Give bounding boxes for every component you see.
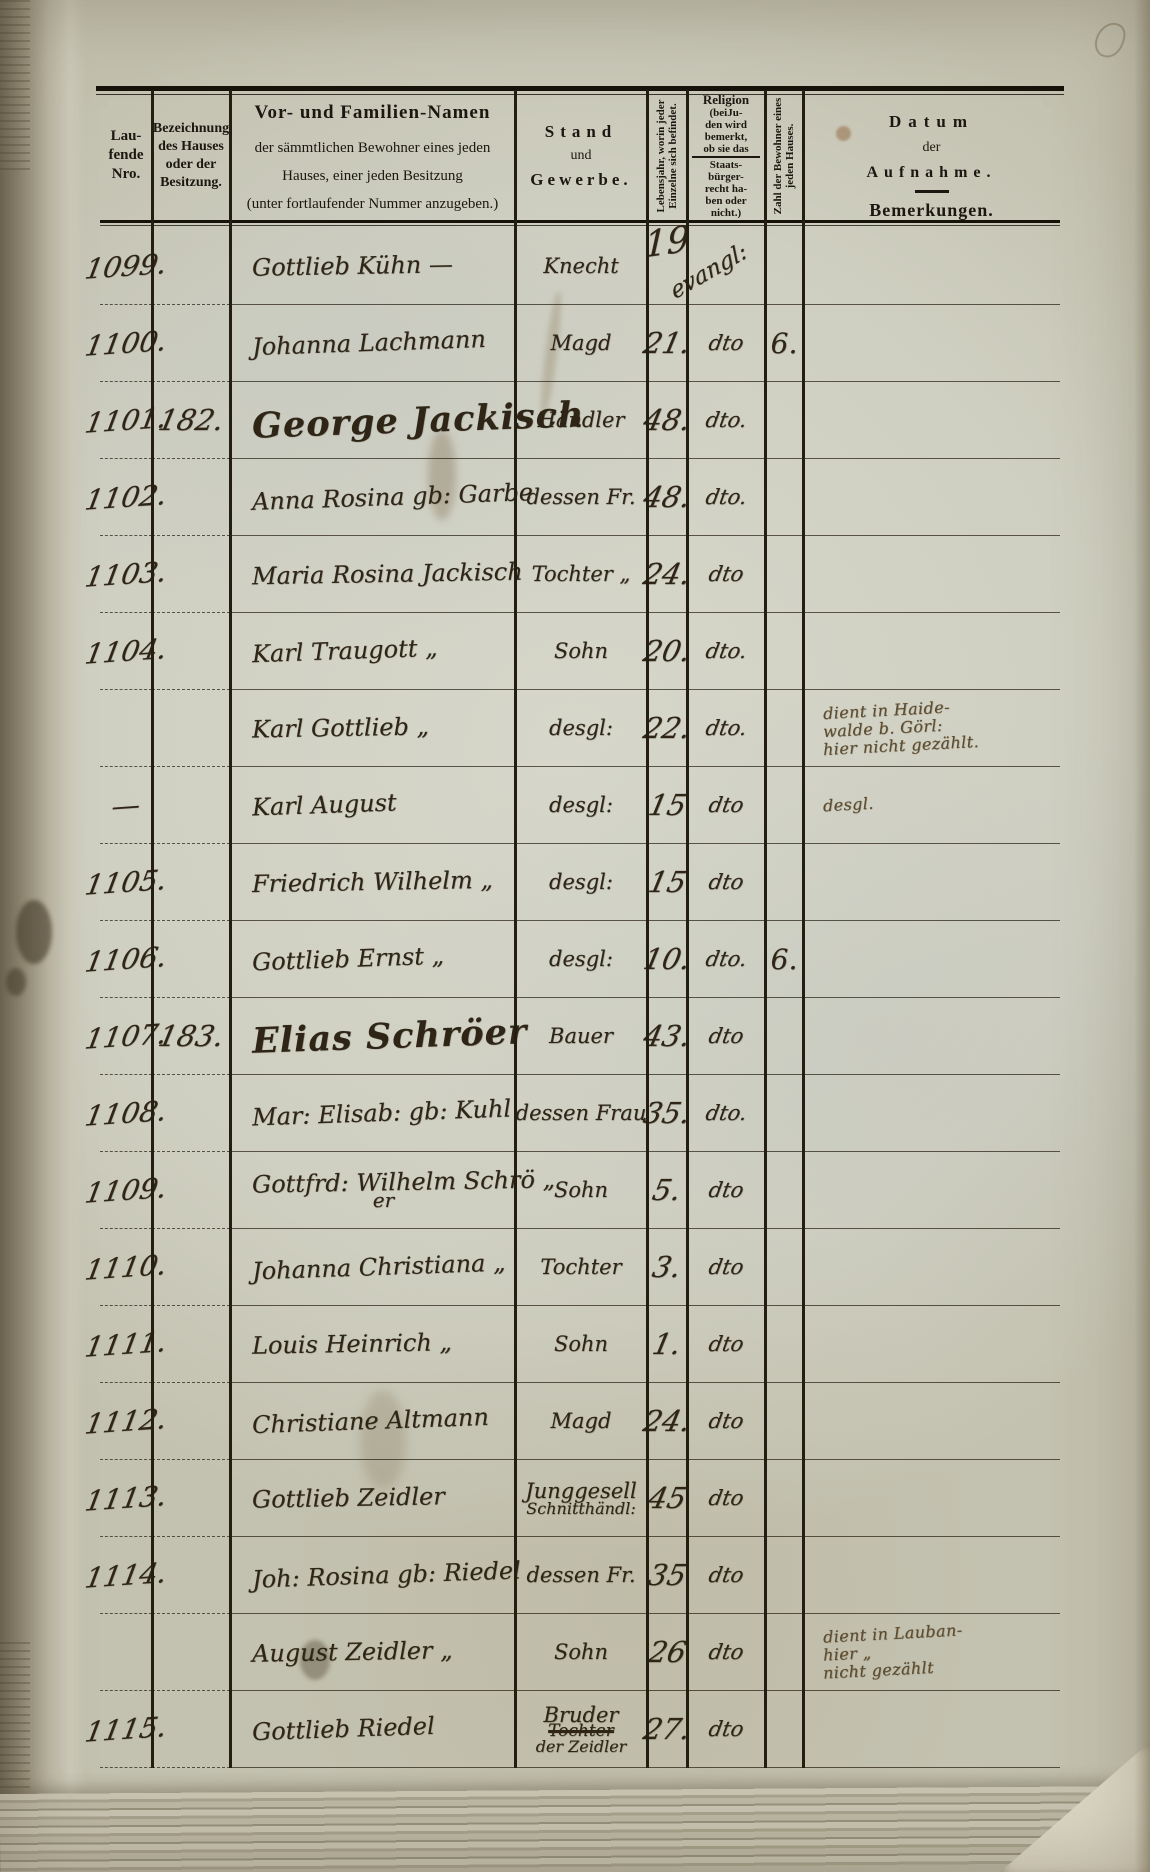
header-line: Religion xyxy=(703,93,749,107)
cell-laufende-nro: 1113. xyxy=(100,1460,152,1537)
age-value: 21. xyxy=(640,326,693,360)
cell-laufende-nro: 1101. xyxy=(100,382,152,459)
cell-bemerkungen xyxy=(803,613,1060,690)
age-value: 35 xyxy=(645,1558,689,1592)
age-value: 10. xyxy=(640,942,693,976)
header-line: ben oder xyxy=(705,195,746,207)
cell-religion: dto xyxy=(687,844,765,921)
register-row: 1105. Friedrich Wilhelm „ desgl: 15 dto xyxy=(100,844,1060,921)
register-row: — Karl August desgl: 15 dto desgl. xyxy=(100,767,1060,844)
cell-haus-nr xyxy=(152,536,230,613)
name-value: Karl Gottlieb „ xyxy=(252,712,429,743)
cell-laufende-nro xyxy=(100,690,152,767)
cell-zahl-bewohner: 6. xyxy=(765,305,803,382)
stand-value: Sohn xyxy=(554,1332,608,1356)
cell-haus-nr xyxy=(152,1691,230,1768)
name-value: August Zeidler „ xyxy=(252,1636,453,1667)
age-value: 1. xyxy=(650,1327,685,1361)
cell-laufende-nro: 1099. xyxy=(100,228,152,305)
name-value: Joh: Rosina gb: Riedel xyxy=(252,1556,522,1593)
cell-laufende-nro: — xyxy=(100,767,152,844)
stand-value: Magd xyxy=(551,1409,612,1433)
cell-bemerkungen xyxy=(803,228,1060,305)
cell-name: Joh: Rosina gb: Riedel xyxy=(230,1537,515,1614)
cell-haus-nr xyxy=(152,1152,230,1229)
cell-lebensjahr: 24. xyxy=(647,1383,687,1460)
religion-value: dto xyxy=(707,1332,746,1356)
cell-zahl-bewohner xyxy=(765,690,803,767)
cell-religion: dto xyxy=(687,536,765,613)
cell-name: Karl August xyxy=(230,767,515,844)
cell-name: Maria Rosina Jackisch xyxy=(230,536,515,613)
cell-religion: dto xyxy=(687,998,765,1075)
cell-bemerkungen xyxy=(803,998,1060,1075)
cell-haus-nr xyxy=(152,844,230,921)
header-line: und xyxy=(571,148,592,164)
cell-laufende-nro: 1107. xyxy=(100,998,152,1075)
register-row: 1107. 183. Elias Schröer Bauer 43. dto xyxy=(100,998,1060,1075)
stand-value: Knecht xyxy=(543,254,618,278)
cell-zahl-bewohner xyxy=(765,998,803,1075)
cell-bemerkungen xyxy=(803,1383,1060,1460)
cell-bemerkungen xyxy=(803,1537,1060,1614)
cell-name: Gottlieb Zeidler xyxy=(230,1460,515,1537)
cell-name: Gottlieb Kühn — xyxy=(230,228,515,305)
cell-religion: dto xyxy=(687,305,765,382)
cell-stand-gewerbe: Knecht xyxy=(515,228,647,305)
name-value: Johanna Lachmann xyxy=(252,325,487,361)
cell-name: Elias Schröer xyxy=(230,998,515,1075)
datum-divider-rule xyxy=(915,190,949,193)
cell-lebensjahr: 24. xyxy=(647,536,687,613)
cell-stand-gewerbe: Sohn xyxy=(515,1306,647,1383)
cell-laufende-nro: 1112. xyxy=(100,1383,152,1460)
stand-value: desgl: xyxy=(549,870,613,894)
cell-bemerkungen xyxy=(803,1152,1060,1229)
cell-stand-gewerbe: Sohn xyxy=(515,613,647,690)
cell-lebensjahr: 35. xyxy=(647,1075,687,1152)
cell-name: Karl Gottlieb „ xyxy=(230,690,515,767)
stand-value: Bauer xyxy=(549,1024,613,1048)
cell-religion: dto. xyxy=(687,921,765,998)
header-line: Aufnahme. xyxy=(866,164,996,182)
religion-value: dto. xyxy=(703,408,748,432)
stand-value: Sohn xyxy=(554,639,608,663)
cell-zahl-bewohner xyxy=(765,1460,803,1537)
header-line: nicht.) xyxy=(711,207,741,219)
cell-zahl-bewohner xyxy=(765,1383,803,1460)
register-row: 1106. Gottlieb Ernst „ desgl: 10. dto. 6… xyxy=(100,921,1060,998)
page-edge-streaks-bottom xyxy=(0,1642,30,1812)
cell-lebensjahr: 35 xyxy=(647,1537,687,1614)
header-line: (beiJu- xyxy=(710,107,743,119)
cell-name: Friedrich Wilhelm „ xyxy=(230,844,515,921)
header-line: ob sie das xyxy=(703,143,748,155)
cell-religion: dto xyxy=(687,1306,765,1383)
cell-lebensjahr: 10. xyxy=(647,921,687,998)
cell-laufende-nro: 1110. xyxy=(100,1229,152,1306)
zahl-value: 6. xyxy=(771,327,798,360)
age-value: 48. xyxy=(640,403,693,437)
table-body: 1099. Gottlieb Kühn — Knecht 19 evangl: … xyxy=(100,228,1060,1768)
scanned-register-page: { "table": { "header": { "nro": ["Lau-",… xyxy=(0,0,1150,1872)
cell-zahl-bewohner xyxy=(765,382,803,459)
cell-name: Gottlieb Ernst „ xyxy=(230,921,515,998)
register-row: 1100. Johanna Lachmann Magd 21. dto 6. xyxy=(100,305,1060,382)
cell-stand-gewerbe: dessen Frau xyxy=(515,1075,647,1152)
name-value: Anna Rosina gb: Garbe xyxy=(252,478,534,516)
name-value: Gottlieb Zeidler xyxy=(252,1482,445,1513)
cell-zahl-bewohner xyxy=(765,1152,803,1229)
register-row: 1104. Karl Traugott „ Sohn 20. dto. xyxy=(100,613,1060,690)
header-line: bürger- xyxy=(708,171,744,183)
cell-bemerkungen xyxy=(803,1460,1060,1537)
cell-stand-gewerbe: Junggesell Schnitthändl: xyxy=(515,1460,647,1537)
cell-religion: dto xyxy=(687,1460,765,1537)
cell-laufende-nro: 1102. xyxy=(100,459,152,536)
register-row: 1110. Johanna Christiana „ Tochter 3. dt… xyxy=(100,1229,1060,1306)
cell-haus-nr xyxy=(152,1306,230,1383)
cell-stand-gewerbe: Händler xyxy=(515,382,647,459)
header-line: Besitzung. xyxy=(160,174,222,192)
age-value: 26 xyxy=(645,1635,689,1669)
stand-value: Tochter „ xyxy=(532,562,631,586)
religion-value: dto xyxy=(707,1255,746,1279)
cell-stand-gewerbe: dessen Fr. xyxy=(515,459,647,536)
header-datum-bemerkungen: Datum der Aufnahme. Bemerkungen. xyxy=(803,90,1060,221)
header-title: Vor- und Familien-Namen xyxy=(255,102,491,124)
age-value: 15 xyxy=(645,788,689,822)
name-value: Gottfrd: Wilhelm Schrö „ xyxy=(252,1165,555,1198)
cell-haus-nr: 182. xyxy=(152,382,230,459)
header-line: fende xyxy=(109,146,144,165)
cell-laufende-nro: 1109. xyxy=(100,1152,152,1229)
cell-lebensjahr: 27. xyxy=(647,1691,687,1768)
cell-lebensjahr: 15 xyxy=(647,844,687,921)
header-line: Nro. xyxy=(112,165,140,184)
religion-divider-rule xyxy=(692,156,759,158)
cell-lebensjahr: 48. xyxy=(647,382,687,459)
page-right-edge xyxy=(1134,0,1150,1872)
cell-stand-gewerbe: Sohn xyxy=(515,1152,647,1229)
stand-value: dessen Frau xyxy=(516,1101,647,1125)
cell-name: Christiane Altmann xyxy=(230,1383,515,1460)
header-lebensjahr: Lebensjahr, worin jeder Einzelne sich be… xyxy=(647,90,687,221)
cell-lebensjahr: 22. xyxy=(647,690,687,767)
cell-bemerkungen xyxy=(803,459,1060,536)
header-line: Hauses, einer jeden Besitzung xyxy=(282,162,463,190)
name-value: Johanna Christiana „ xyxy=(252,1249,506,1286)
register-row: 1103. Maria Rosina Jackisch Tochter „ 24… xyxy=(100,536,1060,613)
cell-lebensjahr: 1. xyxy=(647,1306,687,1383)
header-stand-gewerbe: Stand und Gewerbe. xyxy=(515,90,647,221)
cell-stand-gewerbe: desgl: xyxy=(515,690,647,767)
cell-religion: dto xyxy=(687,1614,765,1691)
cell-laufende-nro: 1115. xyxy=(100,1691,152,1768)
cell-religion: dto. xyxy=(687,690,765,767)
cell-lebensjahr: 5. xyxy=(647,1152,687,1229)
cell-religion: dto. xyxy=(687,613,765,690)
cell-religion: dto. xyxy=(687,1075,765,1152)
register-row: August Zeidler „ Sohn 26 dto dient in La… xyxy=(100,1614,1060,1691)
cell-stand-gewerbe: dessen Fr. xyxy=(515,1537,647,1614)
cell-haus-nr xyxy=(152,305,230,382)
cell-lebensjahr: 3. xyxy=(647,1229,687,1306)
stand-value: dessen Fr. xyxy=(526,485,635,509)
cell-religion: dto. xyxy=(687,382,765,459)
cell-haus-nr xyxy=(152,459,230,536)
age-value: 15 xyxy=(645,865,689,899)
cell-haus-nr xyxy=(152,228,230,305)
cell-zahl-bewohner xyxy=(765,1229,803,1306)
register-row: 1113. Gottlieb Zeidler Junggesell Schnit… xyxy=(100,1460,1060,1537)
cell-stand-gewerbe: desgl: xyxy=(515,767,647,844)
register-row: Karl Gottlieb „ desgl: 22. dto. dient in… xyxy=(100,690,1060,767)
cell-zahl-bewohner xyxy=(765,1691,803,1768)
cell-laufende-nro: 1106. xyxy=(100,921,152,998)
stand-value: Magd xyxy=(551,331,612,355)
header-title: Bemerkungen. xyxy=(869,200,994,221)
remark-line: desgl. xyxy=(823,795,875,816)
stand-second-line: der Zeidler xyxy=(536,1737,627,1756)
register-row: 1111. Louis Heinrich „ Sohn 1. dto xyxy=(100,1306,1060,1383)
header-line: Gewerbe. xyxy=(530,170,631,190)
religion-value: dto xyxy=(707,1409,746,1433)
cell-religion: dto xyxy=(687,1537,765,1614)
haus-nr-value: 183. xyxy=(155,1019,227,1053)
register-table: Lau- fende Nro. Bezeichnung des Hauses o… xyxy=(100,90,1060,1768)
header-line: Stand xyxy=(545,122,618,142)
cell-haus-nr xyxy=(152,1614,230,1691)
header-zahl-bewohner: Zahl der Bewohner eines jeden Hauses. xyxy=(765,90,803,221)
cell-haus-nr xyxy=(152,1075,230,1152)
cell-name: George Jackisch xyxy=(230,382,515,459)
header-line: oder der xyxy=(166,156,217,174)
cell-zahl-bewohner xyxy=(765,536,803,613)
name-value: Gottlieb Riedel xyxy=(252,1712,436,1746)
cell-bemerkungen xyxy=(803,844,1060,921)
cell-bemerkungen: dient in Haide-walde b. Görl:hier nicht … xyxy=(803,690,1060,767)
cell-stand-gewerbe: Bauer xyxy=(515,998,647,1075)
stacked-page-edges xyxy=(0,1786,1150,1872)
laufende-nro-value: — xyxy=(109,788,143,823)
header-line: Datum xyxy=(889,112,974,132)
cell-zahl-bewohner xyxy=(765,1075,803,1152)
cell-zahl-bewohner xyxy=(765,613,803,690)
table-header: Lau- fende Nro. Bezeichnung des Hauses o… xyxy=(100,90,1060,220)
religion-value: dto xyxy=(707,870,746,894)
cell-religion: dto xyxy=(687,1383,765,1460)
age-value: 24. xyxy=(640,1404,693,1438)
name-value: Louis Heinrich „ xyxy=(252,1328,452,1359)
header-line: der sämmtlichen Bewohner eines jeden xyxy=(255,134,491,162)
header-line: des Hauses xyxy=(158,138,224,156)
remark-value: desgl. xyxy=(823,796,874,814)
cell-stand-gewerbe: Tochter xyxy=(515,1229,647,1306)
cell-stand-gewerbe: desgl: xyxy=(515,844,647,921)
header-line: der xyxy=(923,140,941,156)
register-row: 1102. Anna Rosina gb: Garbe dessen Fr. 4… xyxy=(100,459,1060,536)
stand-value: Tochter xyxy=(540,1255,621,1279)
cell-stand-gewerbe: Magd xyxy=(515,1383,647,1460)
cell-haus-nr xyxy=(152,690,230,767)
cell-laufende-nro: 1104. xyxy=(100,613,152,690)
header-line: Bezeichnung xyxy=(153,120,229,138)
name-value: Karl Traugott „ xyxy=(252,634,438,668)
book-binding xyxy=(0,0,86,1872)
stand-second-line: Schnitthändl: xyxy=(526,1499,635,1518)
cell-name: Gottfrd: Wilhelm Schrö „ er xyxy=(230,1152,515,1229)
age-value: 19 xyxy=(644,218,691,266)
cell-religion: dto xyxy=(687,1691,765,1768)
name-value: Maria Rosina Jackisch xyxy=(252,558,523,591)
cell-laufende-nro xyxy=(100,1614,152,1691)
age-value: 3. xyxy=(650,1250,685,1284)
header-haus-bezeichnung: Bezeichnung des Hauses oder der Besitzun… xyxy=(152,90,230,221)
cell-laufende-nro: 1103. xyxy=(100,536,152,613)
cell-bemerkungen: dient in Lauban-hier „nicht gezählt xyxy=(803,1614,1060,1691)
name-value: Gottlieb Kühn — xyxy=(252,250,453,282)
religion-value: dto. xyxy=(703,947,748,971)
cell-bemerkungen xyxy=(803,382,1060,459)
header-line: recht ha- xyxy=(705,183,747,195)
religion-value: dto xyxy=(707,1486,746,1510)
cell-name: Karl Traugott „ xyxy=(230,613,515,690)
age-value: 24. xyxy=(640,557,693,591)
cell-stand-gewerbe: desgl: xyxy=(515,921,647,998)
cell-religion: evangl: xyxy=(687,228,765,305)
cell-zahl-bewohner xyxy=(765,1306,803,1383)
religion-value: dto xyxy=(707,1178,746,1202)
register-row: 1101. 182. George Jackisch Händler 48. d… xyxy=(100,382,1060,459)
cell-laufende-nro: 1108. xyxy=(100,1075,152,1152)
stand-value: Händler xyxy=(538,408,625,432)
age-value: 35. xyxy=(640,1096,693,1130)
religion-value: dto. xyxy=(703,1101,748,1125)
cell-laufende-nro: 1114. xyxy=(100,1537,152,1614)
haus-nr-value: 182. xyxy=(155,403,227,437)
header-vertical-text: Zahl der Bewohner eines jeden Hauses. xyxy=(772,92,796,220)
cell-haus-nr xyxy=(152,767,230,844)
cell-religion: dto xyxy=(687,767,765,844)
header-line: (unter fortlaufender Nummer anzugeben.) xyxy=(247,190,499,218)
religion-value: dto. xyxy=(703,639,748,663)
cell-bemerkungen xyxy=(803,921,1060,998)
religion-value: dto xyxy=(707,331,746,355)
age-value: 43. xyxy=(640,1019,693,1053)
stand-value: Sohn xyxy=(554,1640,608,1664)
zahl-value: 6. xyxy=(771,943,798,976)
cell-lebensjahr: 43. xyxy=(647,998,687,1075)
cell-laufende-nro: 1100. xyxy=(100,305,152,382)
religion-value: dto xyxy=(707,793,746,817)
remark-value: dient in Haide-walde b. Görl:hier nicht … xyxy=(823,701,979,755)
cell-lebensjahr: 26 xyxy=(647,1614,687,1691)
cell-haus-nr xyxy=(152,1229,230,1306)
religion-value: dto xyxy=(707,562,746,586)
cell-zahl-bewohner xyxy=(765,459,803,536)
cell-bemerkungen xyxy=(803,1229,1060,1306)
header-laufende-nro: Lau- fende Nro. xyxy=(100,90,152,221)
cell-name: Johanna Lachmann xyxy=(230,305,515,382)
header-namen: Vor- und Familien-Namen der sämmtlichen … xyxy=(230,90,515,221)
cell-bemerkungen xyxy=(803,1075,1060,1152)
cell-bemerkungen xyxy=(803,536,1060,613)
header-vertical-text: Lebensjahr, worin jeder Einzelne sich be… xyxy=(655,92,679,220)
cell-stand-gewerbe: Magd xyxy=(515,305,647,382)
name-value: Elias Schröer xyxy=(251,1011,528,1062)
stand-value: desgl: xyxy=(549,793,613,817)
header-line: Lau- xyxy=(111,127,142,146)
header-line: bemerkt, xyxy=(705,131,747,143)
cell-lebensjahr: 48. xyxy=(647,459,687,536)
cell-lebensjahr: 21. xyxy=(647,305,687,382)
age-value: 27. xyxy=(640,1712,693,1746)
register-row: 1115. Gottlieb Riedel Bruder Tochter der… xyxy=(100,1691,1060,1768)
cell-religion: dto. xyxy=(687,459,765,536)
header-line: Staats- xyxy=(710,159,742,171)
header-religion: Religion (beiJu- den wird bemerkt, ob si… xyxy=(687,90,765,221)
name-value: Karl August xyxy=(252,788,397,821)
name-value: Mar: Elisab: gb: Kuhl xyxy=(252,1094,512,1131)
age-value: 5. xyxy=(650,1173,685,1207)
cell-name: Mar: Elisab: gb: Kuhl xyxy=(230,1075,515,1152)
cell-bemerkungen xyxy=(803,305,1060,382)
cell-lebensjahr: 45 xyxy=(647,1460,687,1537)
cell-haus-nr xyxy=(152,1383,230,1460)
name-value: Friedrich Wilhelm „ xyxy=(252,866,493,898)
cell-zahl-bewohner xyxy=(765,228,803,305)
remark-value: dient in Lauban-hier „nicht gezählt xyxy=(823,1625,963,1679)
name-value: Gottlieb Ernst „ xyxy=(252,942,445,977)
cell-religion: dto xyxy=(687,1152,765,1229)
religion-value: dto xyxy=(707,1024,746,1048)
cell-stand-gewerbe: Tochter „ xyxy=(515,536,647,613)
cell-zahl-bewohner xyxy=(765,844,803,921)
header-line: den wird xyxy=(705,119,747,131)
register-row: 1109. Gottfrd: Wilhelm Schrö „ er Sohn 5… xyxy=(100,1152,1060,1229)
cell-lebensjahr: 20. xyxy=(647,613,687,690)
cell-bemerkungen xyxy=(803,1306,1060,1383)
register-row: 1112. Christiane Altmann Magd 24. dto xyxy=(100,1383,1060,1460)
cell-name: Anna Rosina gb: Garbe xyxy=(230,459,515,536)
cell-lebensjahr: 15 xyxy=(647,767,687,844)
religion-value: dto xyxy=(707,1717,746,1741)
cell-zahl-bewohner xyxy=(765,767,803,844)
religion-value: dto xyxy=(707,1640,746,1664)
cell-name: Gottlieb Riedel xyxy=(230,1691,515,1768)
age-value: 22. xyxy=(640,711,693,745)
age-value: 45 xyxy=(645,1481,689,1515)
register-row: 1108. Mar: Elisab: gb: Kuhl dessen Frau … xyxy=(100,1075,1060,1152)
religion-value: dto xyxy=(707,1563,746,1587)
cell-haus-nr xyxy=(152,1537,230,1614)
cell-zahl-bewohner: 6. xyxy=(765,921,803,998)
cell-zahl-bewohner xyxy=(765,1537,803,1614)
cell-haus-nr xyxy=(152,613,230,690)
cell-stand-gewerbe: Sohn xyxy=(515,1614,647,1691)
cell-laufende-nro: 1111. xyxy=(100,1306,152,1383)
religion-value: dto. xyxy=(703,485,748,509)
header-bottom-rule xyxy=(100,220,1060,223)
cell-name: Louis Heinrich „ xyxy=(230,1306,515,1383)
stand-value: Sohn xyxy=(554,1178,608,1202)
cell-haus-nr: 183. xyxy=(152,998,230,1075)
cell-stand-gewerbe: Bruder Tochter der Zeidler xyxy=(515,1691,647,1768)
cell-laufende-nro: 1105. xyxy=(100,844,152,921)
stand-value: desgl: xyxy=(549,947,613,971)
stand-value: desgl: xyxy=(549,716,613,740)
